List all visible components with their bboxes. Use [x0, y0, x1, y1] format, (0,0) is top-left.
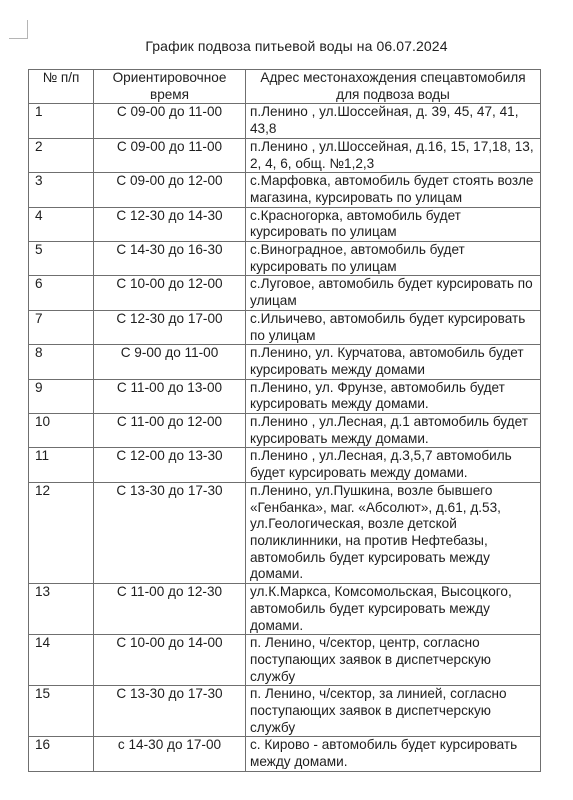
row-address: п. Ленино, ч/сектор, центр, согласно пос…: [246, 635, 541, 686]
table-row: 10С 11-00 до 12-00п.Ленино , ул.Лесная, …: [29, 414, 541, 448]
row-address: п.Ленино, ул. Курчатова, автомобиль буде…: [246, 345, 541, 379]
row-address: п.Ленино , ул.Лесная, д.1 автомобиль буд…: [246, 414, 541, 448]
row-number: 9: [29, 379, 94, 413]
row-address: п.Ленино , ул.Лесная, д.3,5,7 автомобиль…: [246, 448, 541, 482]
row-number: 7: [29, 310, 94, 344]
table-row: 8С 9-00 до 11-00п.Ленино, ул. Курчатова,…: [29, 345, 541, 379]
row-address: п.Ленино, ул. Фрунзе, автомобиль будет к…: [246, 379, 541, 413]
row-time: С 14-30 до 16-30: [94, 242, 246, 276]
table-row: 15С 13-30 до 17-30п. Ленино, ч/сектор, з…: [29, 686, 541, 737]
row-number: 11: [29, 448, 94, 482]
row-address: с.Ильичево, автомобиль будет курсировать…: [246, 310, 541, 344]
row-time: С 12-00 до 13-30: [94, 448, 246, 482]
row-address: п.Ленино , ул.Шоссейная, д. 39, 45, 47, …: [246, 104, 541, 138]
table-body: 1С 09-00 до 11-00п.Ленино , ул.Шоссейная…: [29, 104, 541, 771]
row-time: С 13-30 до 17-30: [94, 482, 246, 583]
row-time: С 11-00 до 13-00: [94, 379, 246, 413]
row-time: С 9-00 до 11-00: [94, 345, 246, 379]
table-row: 7С 12-30 до 17-00с.Ильичево, автомобиль …: [29, 310, 541, 344]
row-number: 12: [29, 482, 94, 583]
table-row: 4С 12-30 до 14-30с.Красногорка, автомоби…: [29, 207, 541, 241]
table-row: 6С 10-00 до 12-00с.Луговое, автомобиль б…: [29, 276, 541, 310]
row-time: С 11-00 до 12-00: [94, 414, 246, 448]
row-time: С 09-00 до 12-00: [94, 173, 246, 207]
row-address: п.Ленино, ул.Пушкина, возле бывшего «Ген…: [246, 482, 541, 583]
row-time: С 11-00 до 12-30: [94, 584, 246, 635]
row-address: с.Виноградное, автомобиль будет курсиров…: [246, 242, 541, 276]
table-row: 13С 11-00 до 12-30ул.К.Маркса, Комсомоль…: [29, 584, 541, 635]
row-number: 2: [29, 138, 94, 172]
table-row: 14С 10-00 до 14-00п. Ленино, ч/сектор, ц…: [29, 635, 541, 686]
row-time: С 09-00 до 11-00: [94, 138, 246, 172]
row-address: ул.К.Маркса, Комсомольская, Высоцкого, а…: [246, 584, 541, 635]
header-time: Ориентировочное время: [94, 70, 246, 104]
row-time: С 10-00 до 12-00: [94, 276, 246, 310]
table-row: 2С 09-00 до 11-00п.Ленино , ул.Шоссейная…: [29, 138, 541, 172]
table-row: 12С 13-30 до 17-30п.Ленино, ул.Пушкина, …: [29, 482, 541, 583]
water-delivery-schedule-table: № п/п Ориентировочное время Адрес местон…: [28, 69, 541, 772]
header-number: № п/п: [29, 70, 94, 104]
row-number: 14: [29, 635, 94, 686]
row-number: 3: [29, 173, 94, 207]
row-time: С 13-30 до 17-30: [94, 686, 246, 737]
table-row: 3С 09-00 до 12-00с.Марфовка, автомобиль …: [29, 173, 541, 207]
table-header-row: № п/п Ориентировочное время Адрес местон…: [29, 70, 541, 104]
row-address: с.Марфовка, автомобиль будет стоять возл…: [246, 173, 541, 207]
row-number: 6: [29, 276, 94, 310]
row-number: 5: [29, 242, 94, 276]
row-number: 8: [29, 345, 94, 379]
header-address: Адрес местонахождения спецавтомобиля для…: [246, 70, 541, 104]
table-row: 11С 12-00 до 13-30п.Ленино , ул.Лесная, …: [29, 448, 541, 482]
row-time: С 10-00 до 14-00: [94, 635, 246, 686]
row-number: 1: [29, 104, 94, 138]
document-title: График подвоза питьевой воды на 06.07.20…: [0, 38, 573, 54]
table-row: 5С 14-30 до 16-30с.Виноградное, автомоби…: [29, 242, 541, 276]
row-time: С 09-00 до 11-00: [94, 104, 246, 138]
row-time: с 14-30 до 17-00: [94, 737, 246, 771]
row-number: 4: [29, 207, 94, 241]
table-row: 9С 11-00 до 13-00п.Ленино, ул. Фрунзе, а…: [29, 379, 541, 413]
row-number: 15: [29, 686, 94, 737]
row-address: с.Луговое, автомобиль будет курсировать …: [246, 276, 541, 310]
table-row: 1С 09-00 до 11-00п.Ленино , ул.Шоссейная…: [29, 104, 541, 138]
row-number: 16: [29, 737, 94, 771]
table-row: 16с 14-30 до 17-00с. Кирово - автомобиль…: [29, 737, 541, 771]
row-time: С 12-30 до 17-00: [94, 310, 246, 344]
row-number: 13: [29, 584, 94, 635]
row-address: п. Ленино, ч/сектор, за линией, согласно…: [246, 686, 541, 737]
row-number: 10: [29, 414, 94, 448]
row-address: с.Красногорка, автомобиль будет курсиров…: [246, 207, 541, 241]
row-time: С 12-30 до 14-30: [94, 207, 246, 241]
row-address: п.Ленино , ул.Шоссейная, д.16, 15, 17,18…: [246, 138, 541, 172]
row-address: с. Кирово - автомобиль будет курсировать…: [246, 737, 541, 771]
page-corner-marker: [9, 20, 28, 39]
